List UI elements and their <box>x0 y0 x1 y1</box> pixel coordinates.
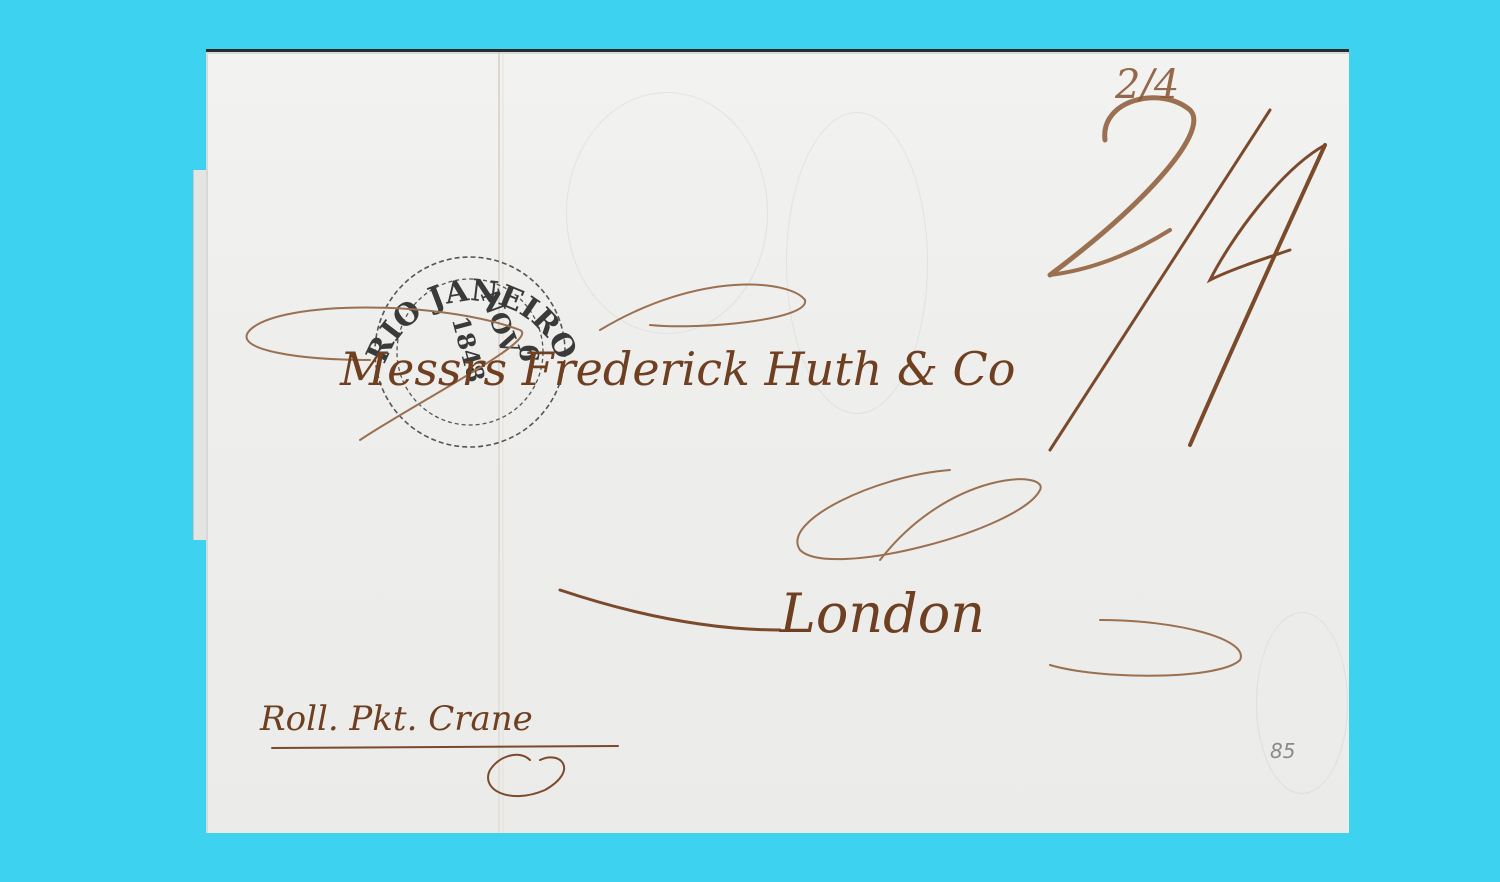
manuscript-rate-mark: 2/4 <box>1050 62 1325 450</box>
destination-city: London <box>779 582 985 645</box>
pencil-notation: 85 <box>1270 739 1295 763</box>
address-line-2: London <box>560 470 1241 676</box>
routing-underline <box>272 746 618 748</box>
address-line-1: Messrs Frederick Huth & Co <box>247 285 1016 440</box>
addressee-name: Messrs Frederick Huth & Co <box>339 342 1015 396</box>
rate-mark-text: 2/4 <box>1114 62 1179 108</box>
routing-endorsement: Roll. Pkt. Crane <box>259 699 618 796</box>
routing-text: Roll. Pkt. Crane <box>259 699 533 739</box>
cover-markings: RIO JANEIRO NOV 6 1848 2/4 Messrs Freder… <box>0 0 1500 882</box>
